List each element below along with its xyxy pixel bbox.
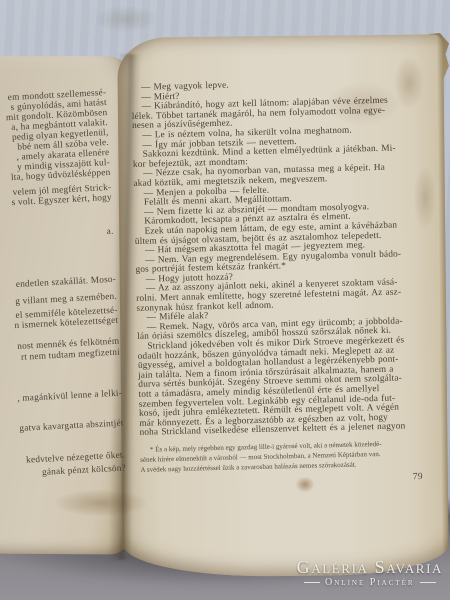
watermark-dash-left-icon: [304, 582, 320, 583]
left-page-line: a.: [1, 227, 113, 243]
watermark-subtitle: Online Piactér: [297, 577, 443, 588]
right-page-body: — Meg vagyok lepve.— Miért?— Kiábrándító…: [131, 77, 440, 439]
book-photo: em mondott szellemessé-s gúnyolódás, ami…: [0, 0, 450, 600]
watermark-dash-right-icon: [420, 582, 436, 583]
footnote: * És a kép, mely régebben egy gazdag lil…: [140, 439, 441, 476]
left-page-line: gatva kavargatta abszintjét: [11, 419, 123, 435]
left-page-line: endetlen szakállát. Moso-: [4, 275, 116, 291]
watermark: Galéria Savaria Online Piactér: [297, 558, 443, 588]
right-page-text: — Meg vagyok lepve.— Miért?— Kiábrándító…: [131, 77, 441, 490]
watermark-title: Galéria Savaria: [297, 558, 443, 576]
left-page-line: g villant meg a szemében.: [5, 292, 117, 308]
watermark-subtitle-text: Online Piactér: [325, 577, 415, 588]
left-page-text: em mondott szellemessé-s gúnyolódás, ami…: [0, 88, 126, 479]
left-page-line: , magánkívül lenne a lelki-: [10, 389, 122, 405]
